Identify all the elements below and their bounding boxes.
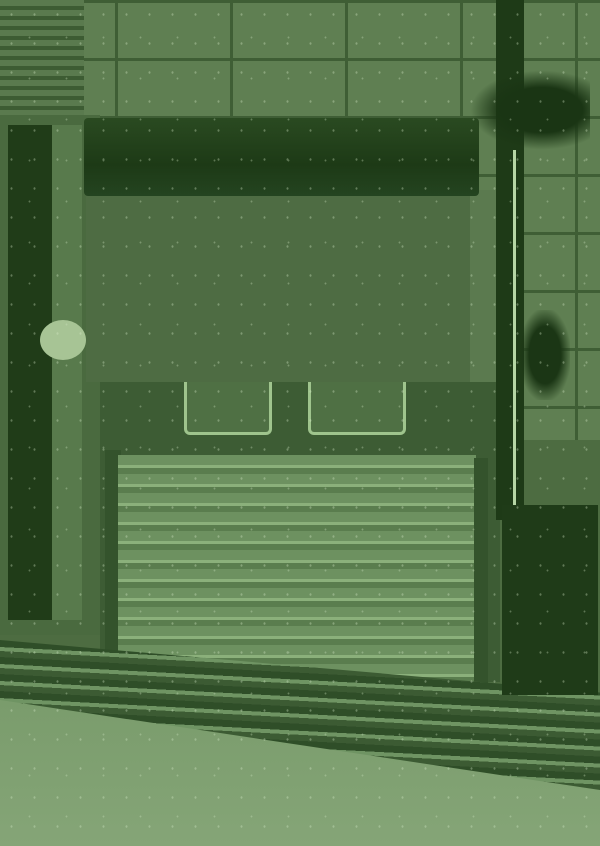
film-grain — [0, 0, 600, 846]
photo-scene — [0, 0, 600, 846]
